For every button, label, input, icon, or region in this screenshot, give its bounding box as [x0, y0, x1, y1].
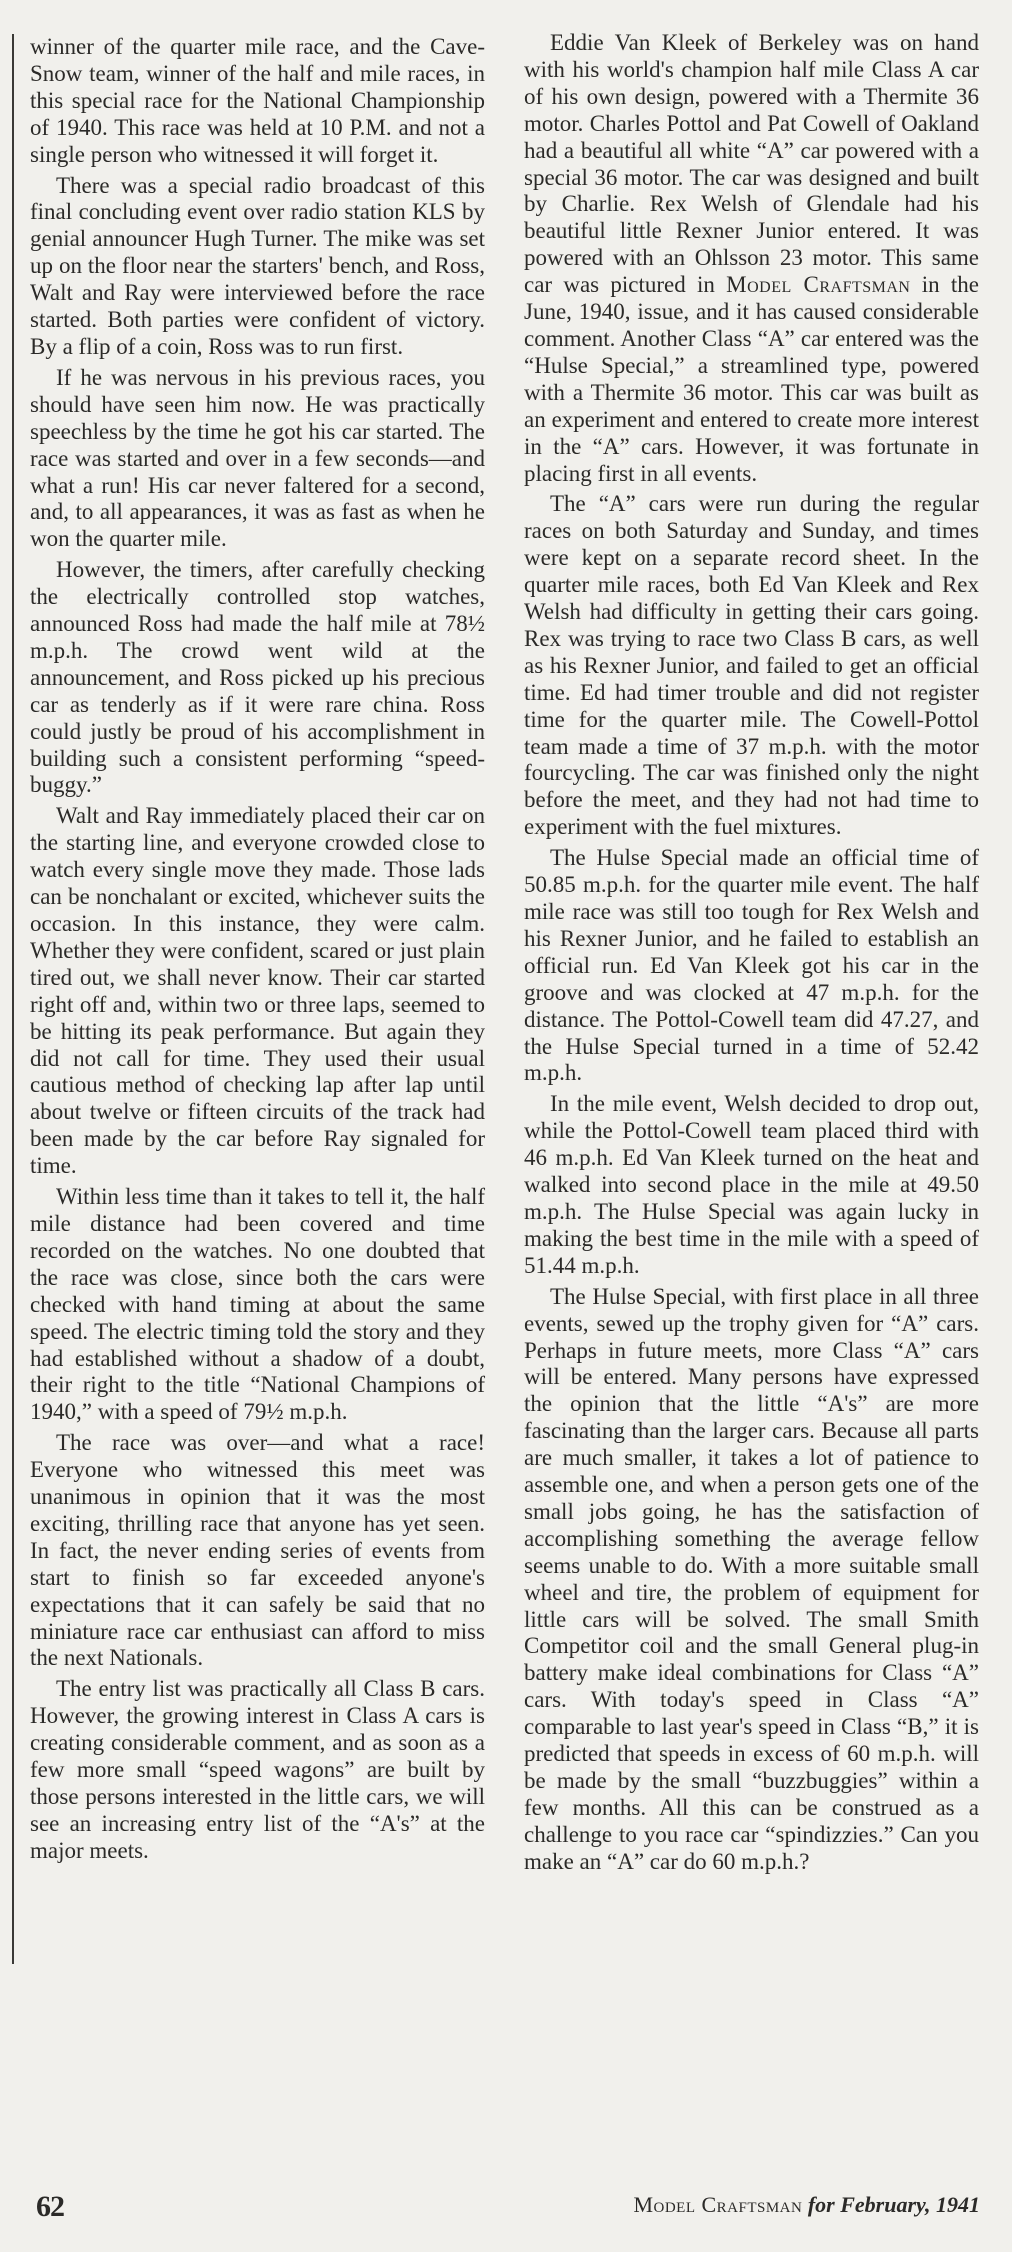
paragraph: The entry list was practically all Class…	[30, 1676, 485, 1864]
paragraph: There was a special radio broadcast of t…	[30, 173, 485, 361]
left-margin-rule	[12, 34, 14, 1964]
paragraph: In the mile event, Welsh decided to drop…	[524, 1091, 979, 1279]
paragraph: The race was over—and what a race! Every…	[30, 1430, 485, 1672]
paragraph: winner of the quarter mile race, and the…	[30, 34, 485, 169]
paragraph: The Hulse Special, with first place in a…	[524, 1284, 979, 1876]
paragraph: Walt and Ray immediately placed their ca…	[30, 803, 485, 1180]
page-number: 62	[36, 2190, 64, 2224]
issue-date: for February, 1941	[802, 2192, 980, 2217]
paragraph: If he was nervous in his previous races,…	[30, 365, 485, 553]
magazine-name: Model Craftsman	[633, 2192, 802, 2217]
paragraph: Eddie Van Kleek of Berkeley was on hand …	[524, 30, 979, 487]
paragraph-text: Eddie Van Kleek of Berkeley was on hand …	[524, 30, 979, 297]
magazine-name-inline: Model Craftsman	[726, 272, 910, 297]
paragraph: Within less time than it takes to tell i…	[30, 1184, 485, 1426]
paragraph: The “A” cars were run during the regular…	[524, 491, 979, 841]
magazine-page: winner of the quarter mile race, and the…	[0, 0, 1012, 2252]
left-column: winner of the quarter mile race, and the…	[30, 34, 485, 1869]
right-column: Eddie Van Kleek of Berkeley was on hand …	[524, 30, 979, 1880]
paragraph: The Hulse Special made an official time …	[524, 845, 979, 1087]
paragraph-text: in the June, 1940, issue, and it has cau…	[524, 272, 979, 485]
running-footer: Model Craftsman for February, 1941	[633, 2192, 980, 2218]
paragraph: However, the timers, after carefully che…	[30, 557, 485, 799]
